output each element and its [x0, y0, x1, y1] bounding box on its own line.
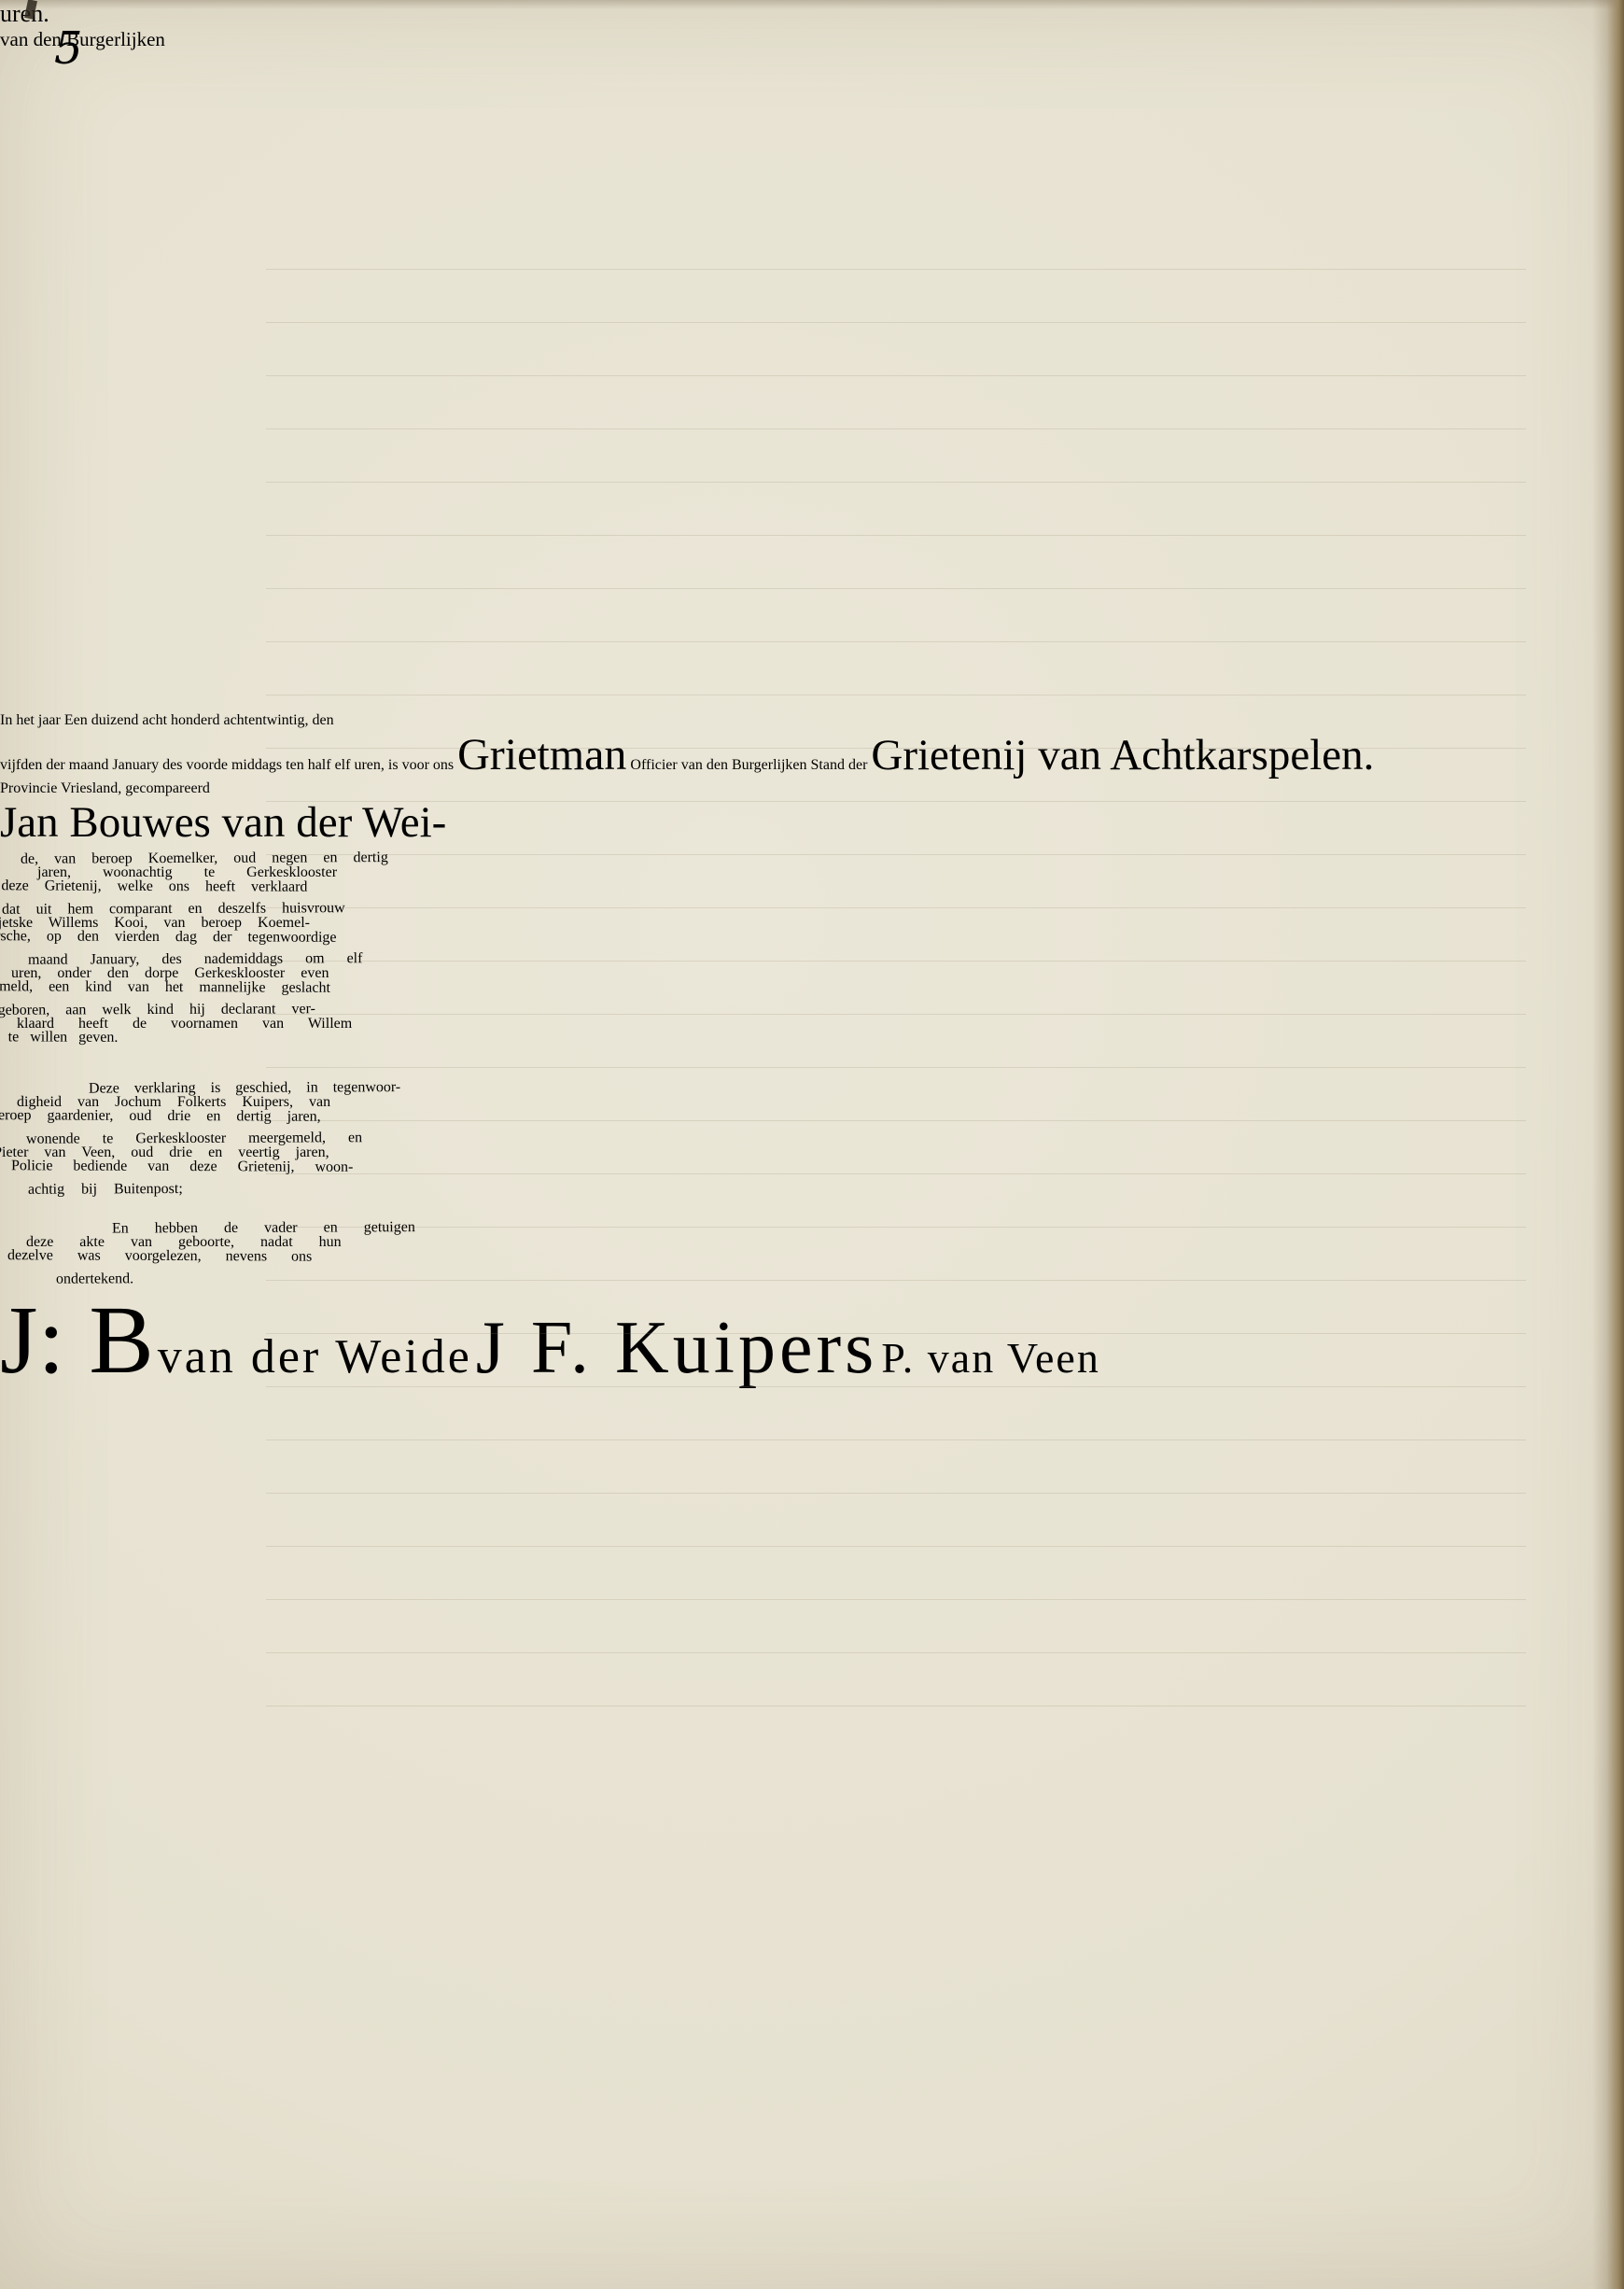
printed-year-text: Een duizend acht honderd achtentwintig [64, 712, 305, 728]
printed-text: voor ons [402, 757, 455, 773]
handwritten-officer-title: Grietman [457, 730, 626, 779]
printed-text: , gecompareerd [118, 780, 210, 796]
manuscript-paragraph: En hebben de vader en getuigendeze akte … [0, 1217, 1624, 1285]
manuscript-line: ondertekend. [56, 1264, 1624, 1287]
page-number: 5 [54, 22, 83, 75]
manuscript-line: achtig bij Buitenpost; [28, 1174, 1624, 1198]
printed-text: des [162, 757, 182, 773]
handwritten-declarant-name: Jan Bouwes van der Wei- [0, 798, 446, 847]
printed-text: der maand [46, 757, 108, 773]
manuscript-body: de, van beroep Koemelker, oud negen en d… [0, 848, 1624, 1285]
printed-text: uren, [354, 757, 384, 773]
manuscript-paragraph: de, van beroep Koemelker, oud negen en d… [0, 848, 1624, 1049]
printed-text: , den [305, 712, 334, 728]
document-page: uren. van den Burgerlijken 5 In het jaar… [0, 0, 1624, 2289]
bleedthrough-text: van den Burgerlijken [0, 28, 1624, 51]
printed-text: middags ten [231, 757, 304, 773]
bleedthrough-smudge [0, 51, 336, 117]
father-signature-initials: J: B [0, 1286, 154, 1394]
form-line-5: Provincie Vriesland, gecompareerd [0, 780, 1624, 797]
bleedthrough-smudge [0, 173, 308, 227]
witness2-signature: P. van Veen [881, 1334, 1100, 1382]
handwritten-time: half elf [308, 757, 351, 773]
handwritten-grietenij: Grietenij van Achtkarspelen. [871, 731, 1374, 779]
page-top-shadow [0, 0, 1624, 9]
printed-text: Officier van den Burgerlijken [630, 757, 806, 773]
handwritten-day: vijfden [0, 757, 42, 773]
manuscript-paragraph: Deze verklaring is geschied, in tegenwoo… [0, 1077, 1624, 1195]
handwritten-voor: voorde [187, 757, 228, 773]
father-signature-name: van der Weide [158, 1330, 472, 1383]
witness1-signature: J F. Kuipers [476, 1307, 878, 1389]
printed-text: Stand der [811, 757, 868, 773]
bleedthrough-smudge [0, 227, 56, 712]
bleedthrough-smudge [0, 117, 280, 173]
printed-province: Provincie Vriesland [0, 780, 118, 796]
handwritten-month: January [112, 757, 159, 773]
printed-text: n het jaar [5, 712, 61, 728]
form-line-1: In het jaar Een duizend acht honderd ach… [0, 712, 1624, 729]
handwritten-is: is [388, 757, 399, 773]
